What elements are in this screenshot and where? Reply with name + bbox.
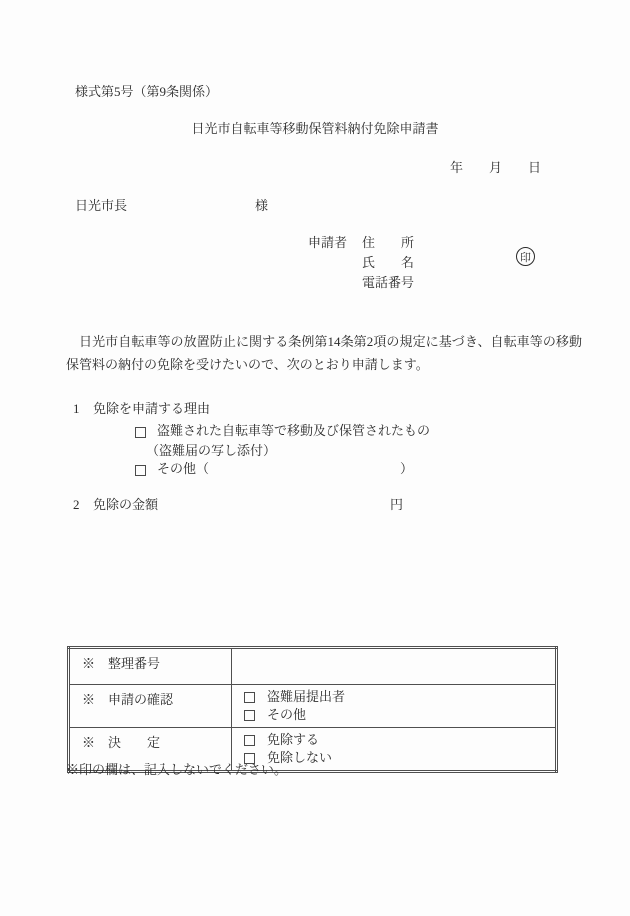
table-row-reference-number: ※ 整理番号 [69,648,557,685]
section1-option1-label: 盗難された自転車等で移動及び保管されたもの [157,423,430,440]
section1-number: 1 [73,401,80,418]
option-label: 盗難届提出者 [267,689,345,705]
section1-option2-label: その他（ [157,461,209,478]
section2-number: 2 [73,497,80,514]
option-line: 免除しない [244,750,555,766]
option-line: 盗難届提出者 [244,689,555,705]
section2-unit-yen: 円 [390,497,403,514]
section1-option2-close-paren: ） [400,461,413,478]
row-header-reference-number: ※ 整理番号 [69,648,232,685]
checkbox-icon-check-other [244,710,255,721]
checkbox-icon-other [135,465,146,476]
section1-title: 免除を申請する理由 [93,401,210,418]
seal-icon: 印 [516,247,535,266]
addressee: 日光市長 [75,198,127,215]
applicant-name-label: 氏 名 [362,255,414,272]
checkbox-icon-stolen [135,427,146,438]
office-use-table: ※ 整理番号 ※ 申請の確認 盗難届提出者 その他 ※ 決 定 [67,646,558,773]
checkbox-icon-theft-report [244,692,255,703]
section1-option1-note: （盗難届の写し添付） [146,443,276,460]
body-paragraph: 日光市自転車等の放置防止に関する条例第14条第2項の規定に基づき、自転車等の移動… [66,330,582,376]
footnote: ※印の欄は、記入しないでください。 [66,762,287,779]
application-form-page: 様式第5号（第9条関係） 日光市自転車等移動保管料納付免除申請書 年 月 日 日… [0,0,630,916]
section2-title: 免除の金額 [93,497,158,514]
cell-reference-number-value [232,648,557,685]
document-title: 日光市自転車等移動保管料納付免除申請書 [0,121,630,138]
option-line: その他 [244,707,555,723]
addressee-honorific: 様 [255,198,268,215]
date-line: 年 月 日 [450,160,541,177]
option-label: 免除する [267,732,319,748]
row-header-application-check: ※ 申請の確認 [69,685,232,728]
option-label: その他 [267,707,306,723]
option-line: 免除する [244,732,555,748]
cell-application-check-options: 盗難届提出者 その他 [232,685,557,728]
seal-text: 印 [520,249,531,265]
form-number: 様式第5号（第9条関係） [75,84,218,101]
applicant-phone-label: 電話番号 [362,275,414,292]
checkbox-icon-exempt [244,735,255,746]
applicant-address-label: 住 所 [362,235,414,252]
table-row-application-check: ※ 申請の確認 盗難届提出者 その他 [69,685,557,728]
applicant-label: 申請者 [308,235,347,252]
